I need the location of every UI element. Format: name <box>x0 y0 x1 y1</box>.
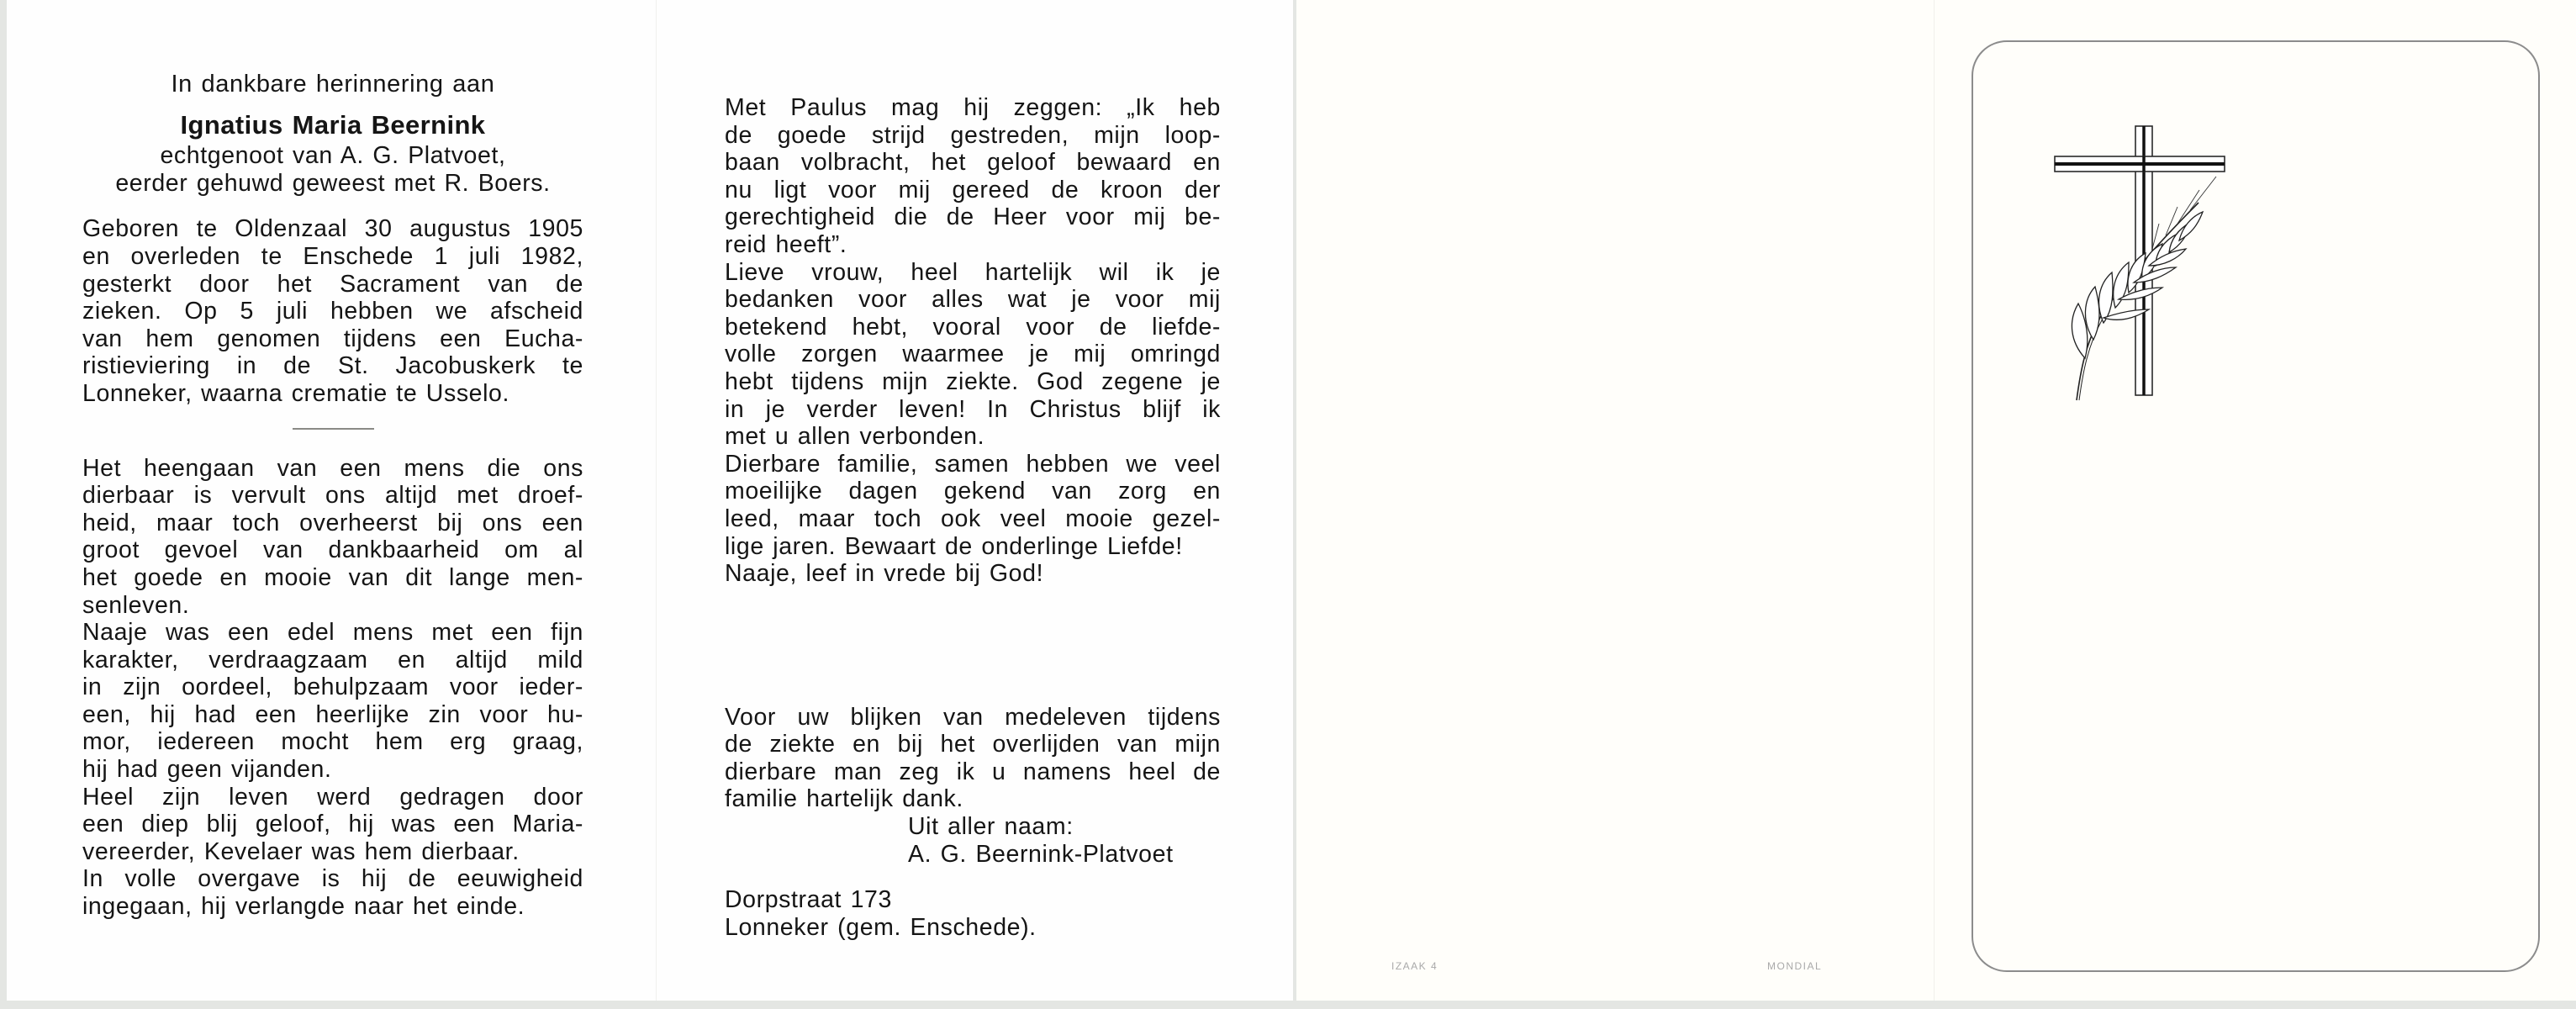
biography-line: zieken. Op 5 juli hebben we afscheid <box>82 298 583 325</box>
tribute-line: mor, iedereen mocht hem erg graag, <box>82 728 583 756</box>
message-line: Naaje, leef in vrede bij God! <box>725 560 1221 588</box>
tribute-line: Naaje was een edel mens met een fijn <box>82 619 583 647</box>
message-line: de goede strijd gestreden, mijn loop- <box>725 122 1221 150</box>
tribute-paragraph: Het heengaan van een mens die onsdierbaa… <box>82 455 583 921</box>
message-line: betekend hebt, vooral voor de liefde- <box>725 314 1221 341</box>
memorial-left-panel: In dankbare herinnering aan Ignatius Mar… <box>82 71 583 921</box>
message-line: hebt tijdens mijn ziekte. God zegene je <box>725 368 1221 396</box>
tribute-line: Heel zijn leven werd gedragen door <box>82 784 583 811</box>
biography-line: Geboren te Oldenzaal 30 augustus 1905 <box>82 215 583 243</box>
message-line: lige jaren. Bewaart de onderlinge Liefde… <box>725 533 1221 561</box>
tribute-line: In volle overgave is hij de eeuwigheid <box>82 865 583 893</box>
message-line: Dierbare familie, samen hebben we veel <box>725 451 1221 478</box>
tribute-line: dierbaar is vervult ons altijd met droef… <box>82 482 583 510</box>
thanks-paragraph: Voor uw blijken van medeleven tijdensde … <box>725 704 1221 813</box>
address-city: Lonneker (gem. Enschede). <box>725 914 1221 942</box>
biography-paragraph: Geboren te Oldenzaal 30 augustus 1905en … <box>82 215 583 407</box>
fold-line <box>1934 0 1935 1001</box>
tribute-line: een, hij had een heerlijke zin voor hu- <box>82 701 583 729</box>
tribute-line: ingegaan, hij verlangde naar het einde. <box>82 893 583 921</box>
thanks-line: dierbare man zeg ik u namens heel de <box>725 758 1221 786</box>
biography-line: ristieviering in de St. Jacobuskerk te <box>82 352 583 380</box>
thanks-line: de ziekte en bij het overlijden van mijn <box>725 731 1221 758</box>
tribute-line: in zijn oordeel, behulpzaam voor ieder- <box>82 674 583 701</box>
tribute-line: hij had geen vijanden. <box>82 756 583 784</box>
tribute-line: karakter, verdraagzaam en altijd mild <box>82 647 583 674</box>
message-line: bedanken voor alles wat je voor mij <box>725 286 1221 314</box>
tribute-line: senleven. <box>82 592 583 620</box>
spouse-line: echtgenoot van A. G. Platvoet, <box>82 142 583 170</box>
biography-line: gesterkt door het Sacrament van de <box>82 271 583 298</box>
message-line: Met Paulus mag hij zeggen: „Ik heb <box>725 94 1221 122</box>
message-line: baan volbracht, het geloof bewaard en <box>725 149 1221 177</box>
biography-line: van hem genomen tijdens een Eucha- <box>82 325 583 353</box>
message-line: in je verder leven! In Christus blijf ik <box>725 396 1221 424</box>
signature-name: A. G. Beernink-Platvoet <box>725 841 1221 869</box>
tribute-line: Het heengaan van een mens die ons <box>82 455 583 483</box>
tribute-line: vereerder, Kevelaer was hem dierbaar. <box>82 838 583 866</box>
thanks-line: familie hartelijk dank. <box>725 785 1221 813</box>
tribute-line: heid, maar toch overheerst bij ons een <box>82 510 583 537</box>
tribute-line: een diep blij geloof, hij was een Maria- <box>82 811 583 838</box>
fold-line <box>656 0 657 1001</box>
address-street: Dorpstraat 173 <box>725 886 1221 914</box>
tribute-line: het goede en mooie van dit lange men- <box>82 564 583 592</box>
thanks-line: Voor uw blijken van medeleven tijdens <box>725 704 1221 732</box>
message-line: nu ligt voor mij gereed de kroon der <box>725 177 1221 204</box>
deceased-name: Ignatius Maria Beernink <box>82 112 583 140</box>
biography-line: en overleden te Enschede 1 juli 1982, <box>82 243 583 271</box>
signature-intro: Uit aller naam: <box>725 813 1221 841</box>
message-line: moeilijke dagen gekend van zorg en <box>725 478 1221 505</box>
message-line: volle zorgen waarmee je mij omringd <box>725 341 1221 368</box>
message-line: leed, maar toch ook veel mooie gezel- <box>725 505 1221 533</box>
biography-line: Lonneker, waarna crematie te Usselo. <box>82 380 583 408</box>
message-paragraph: Met Paulus mag hij zeggen: „Ik hebde goe… <box>725 94 1221 588</box>
message-line: reid heeft”. <box>725 231 1221 259</box>
message-line: met u allen verbonden. <box>725 423 1221 451</box>
separator-rule <box>293 428 374 430</box>
intro-text: In dankbare herinnering aan <box>116 71 550 98</box>
memorial-right-panel: Met Paulus mag hij zeggen: „Ik hebde goe… <box>725 94 1221 941</box>
cross-with-wheat-ear-icon <box>2051 123 2236 409</box>
previous-marriage-line: eerder gehuwd geweest met R. Boers. <box>82 170 583 198</box>
tribute-line: groot gevoel van dankbaarheid om al <box>82 536 583 564</box>
message-line: gerechtigheid die de Heer voor mij be- <box>725 203 1221 231</box>
imprint-code: IZAAK 4 <box>1391 960 1438 972</box>
imprint-publisher: MONDIAL <box>1767 960 1822 972</box>
message-line: Lieve vrouw, heel hartelijk wil ik je <box>725 259 1221 287</box>
